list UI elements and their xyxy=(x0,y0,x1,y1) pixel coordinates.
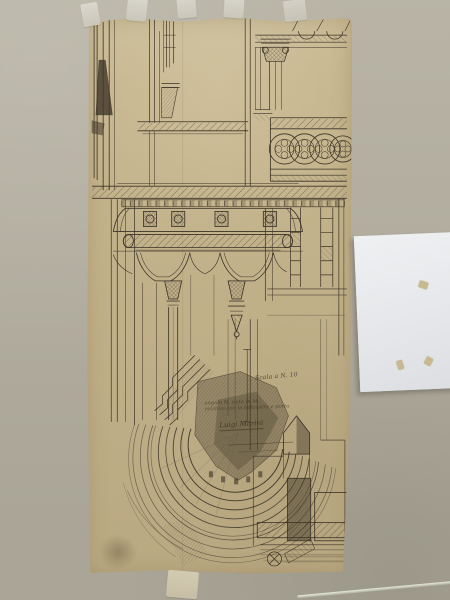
architectural-drawing xyxy=(87,17,352,574)
tape-residue-speck xyxy=(424,356,434,366)
tape-piece-bottom xyxy=(166,570,199,600)
elevation-upper-left-pilaster xyxy=(92,19,114,190)
stamp-smudge xyxy=(99,535,137,569)
signature: Luigi Marini xyxy=(219,419,263,431)
hatched-shelf xyxy=(137,122,248,134)
cornice-dentil-row xyxy=(121,200,345,207)
photo-of-architectural-drawing: Scala a N. 10 angolo N. visto in M. rela… xyxy=(0,0,450,600)
tape-piece xyxy=(223,0,244,19)
small-capital-detail xyxy=(253,39,290,121)
balustrade-with-quatrefoils xyxy=(269,118,352,181)
tape-piece xyxy=(283,0,307,22)
tape-residue-speck xyxy=(396,360,404,370)
drawing-sheet: Scala a N. 10 angolo N. visto in M. rela… xyxy=(87,17,352,574)
cornice-torus-molding xyxy=(113,235,302,252)
tape-piece xyxy=(176,0,197,19)
cornice-corona-band xyxy=(92,183,347,198)
upper-right-frieze xyxy=(255,17,351,47)
cornice-frieze-rosettes xyxy=(113,208,302,231)
overlapping-white-paper xyxy=(354,232,450,392)
tape-residue-speck xyxy=(418,280,429,289)
tape-piece xyxy=(126,0,149,22)
elevation-upper-center-bay xyxy=(149,17,179,186)
handwritten-note: angolo N. visto in M. relativo con la ba… xyxy=(204,398,290,432)
